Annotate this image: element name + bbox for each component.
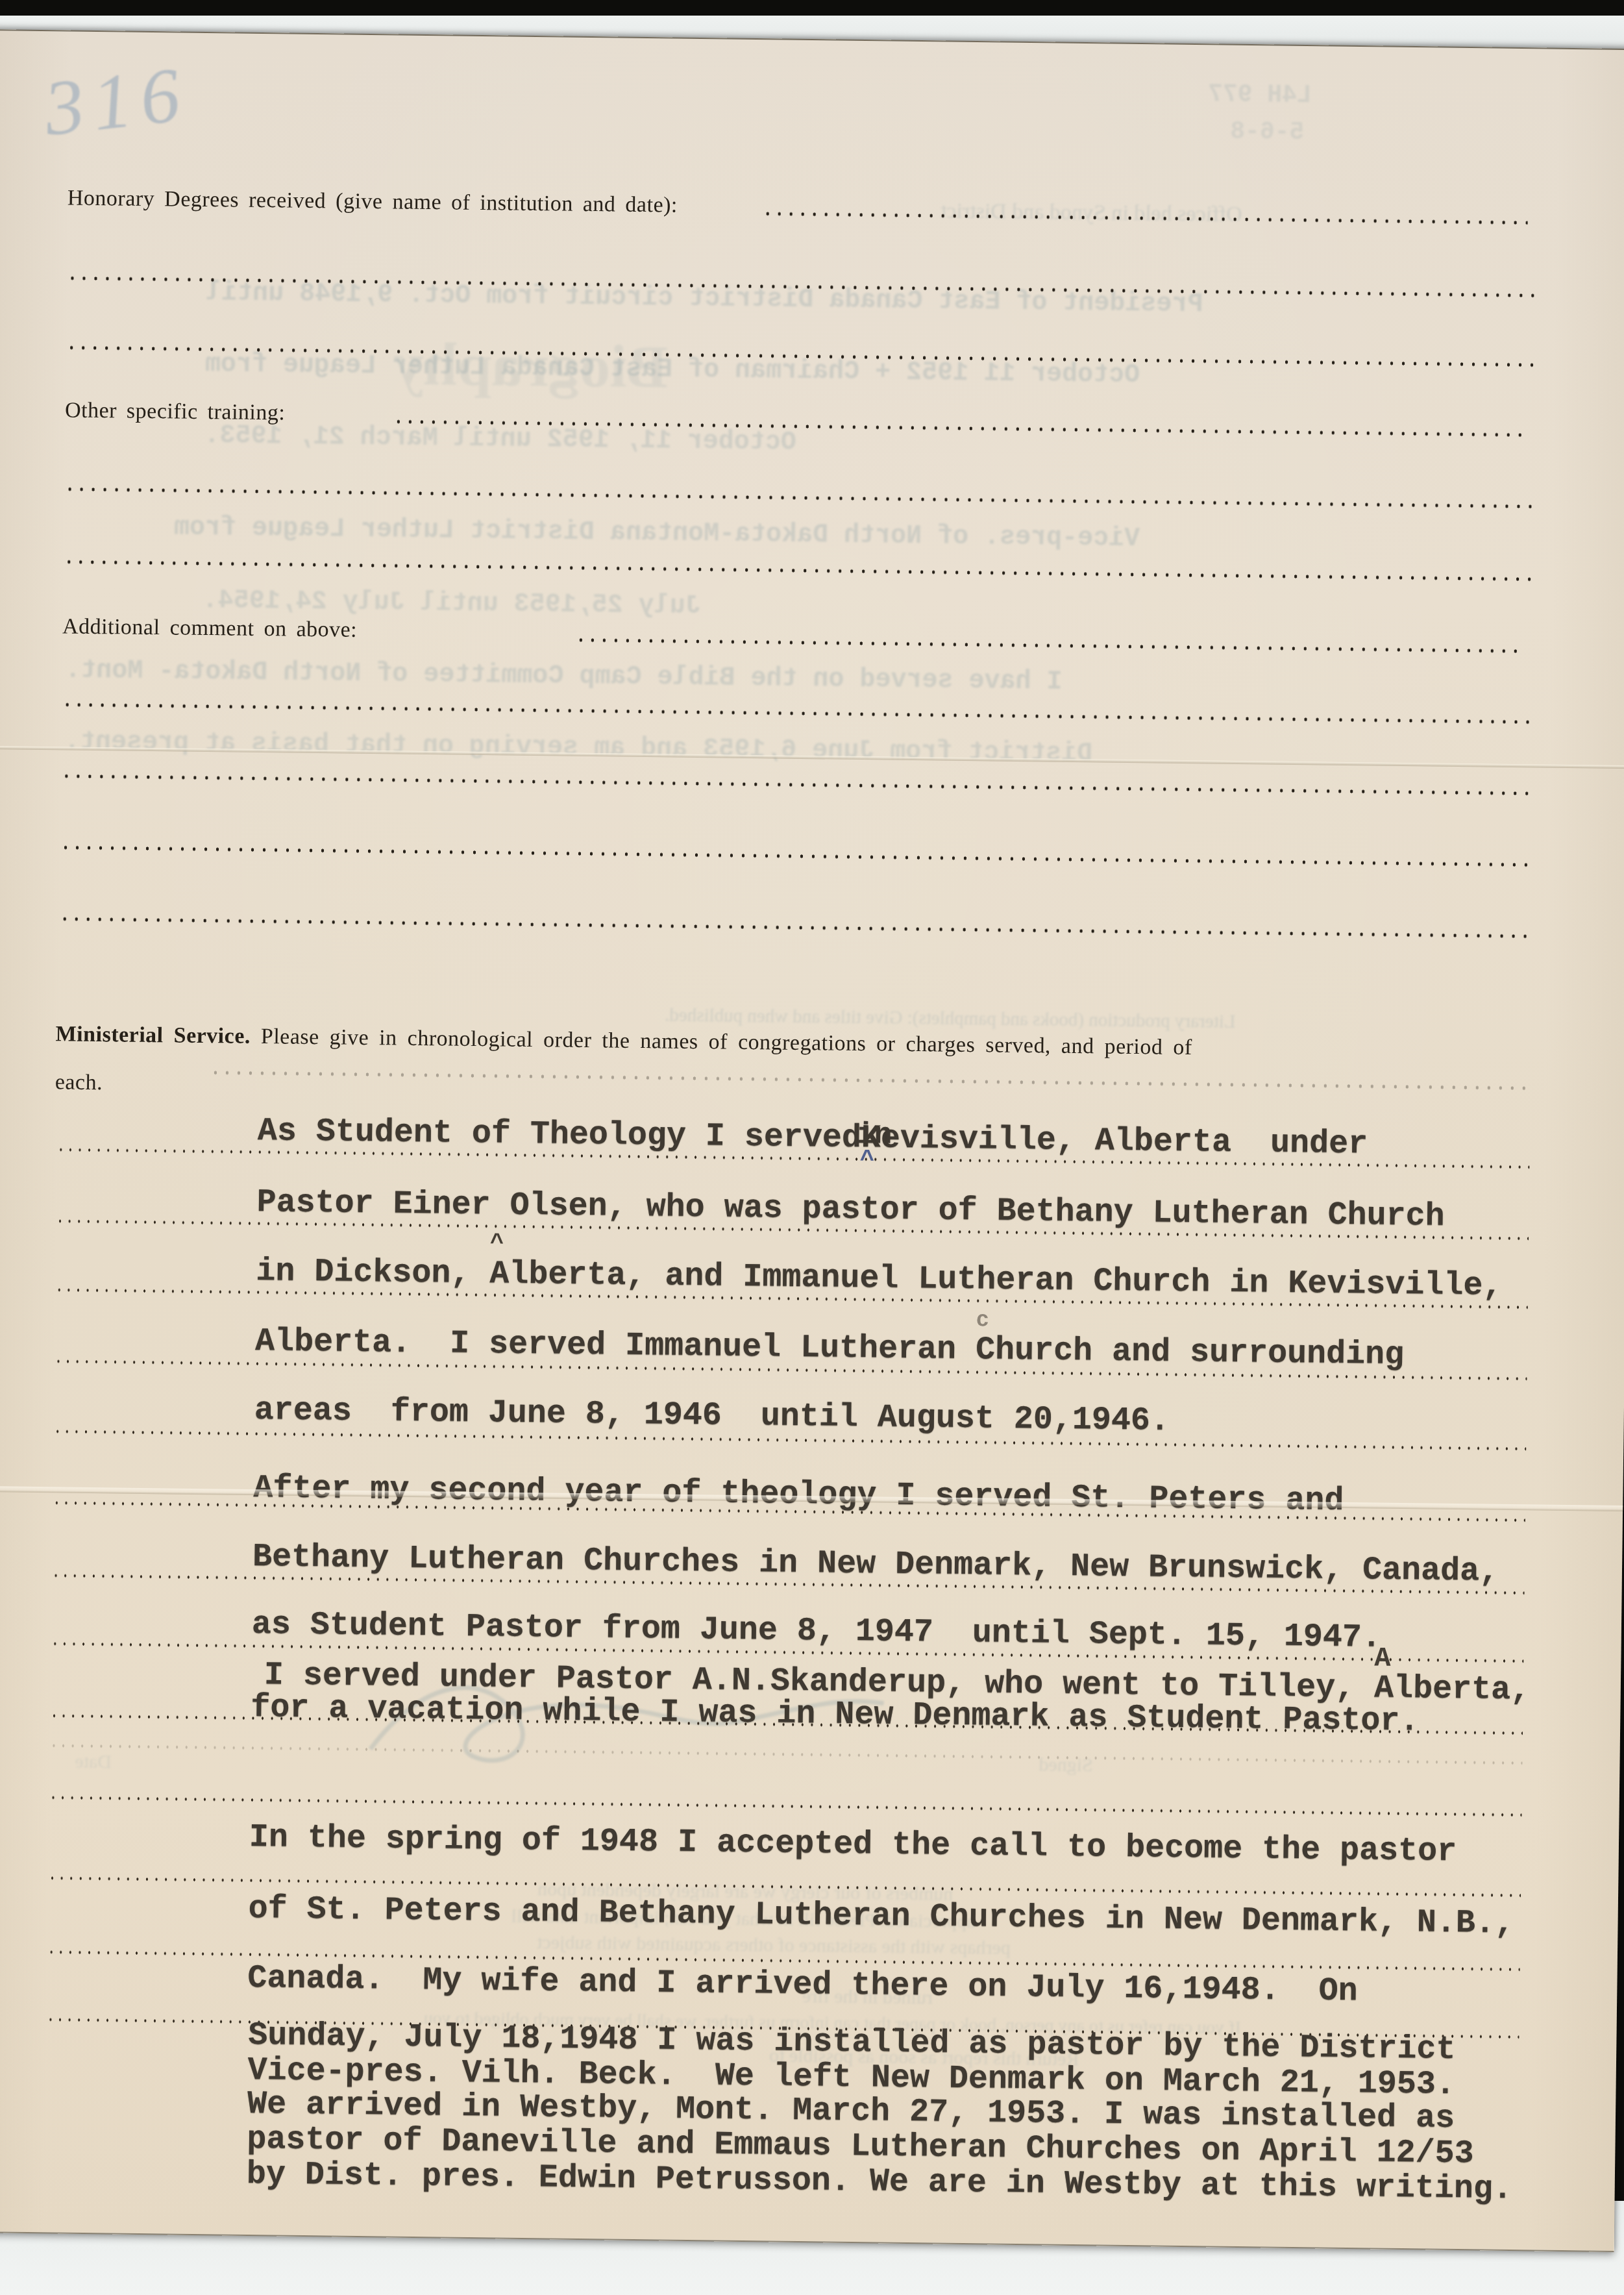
form-page: 316 L4H 977 5-6-8 Offices held in Synod …	[0, 29, 1624, 2252]
typed-overstrike-mark: ^	[490, 1230, 504, 1256]
honorary-degrees-row: Honorary Degrees received (give name of …	[68, 186, 1528, 228]
additional-comment-label: Additional comment on above:	[62, 614, 575, 645]
ministerial-service-instructions: each.	[55, 1070, 103, 1095]
typed-line: of St. Peters and Bethany Lutheran Churc…	[248, 1891, 1514, 1942]
ministerial-service-instructions: Please give in chronological order the n…	[261, 1024, 1192, 1060]
typed-text: As Student of Theology I served	[258, 1113, 862, 1157]
dotted-answer-line	[575, 637, 1523, 654]
bleedthrough-text: I have served on the Bible Camp Committe…	[65, 656, 1063, 697]
bleedthrough-handwriting: L4H 977	[1208, 81, 1312, 110]
bleedthrough-text: Vice-pres. of North Dakota-Montana Distr…	[174, 513, 1140, 554]
insertion-caret-mark: ^	[859, 1147, 874, 1174]
dotted-answer-line	[64, 486, 1534, 510]
dotted-answer-line	[62, 701, 1532, 725]
dotted-answer-line	[63, 558, 1533, 582]
honorary-degrees-label: Honorary Degrees received (give name of …	[68, 186, 762, 219]
typed-overstrike-mark: c	[976, 1308, 989, 1333]
handwritten-page-number: 316	[40, 49, 193, 155]
bleedthrough-text: Date	[75, 1751, 112, 1774]
dotted-answer-line	[60, 773, 1531, 797]
ministerial-service-label: Ministerial Service.	[55, 1022, 251, 1048]
dotted-answer-line	[49, 1794, 1522, 1818]
bleedthrough-handwriting: 5-6-8	[1230, 118, 1305, 147]
bleedthrough-text: July 25,1953 until July 24,1954.	[202, 586, 701, 621]
other-training-label: Other specific training:	[65, 398, 393, 427]
typed-text: Kevisville, Alberta under	[861, 1120, 1368, 1163]
dotted-answer-line	[60, 844, 1530, 868]
scanned-document: 316 L4H 977 5-6-8 Offices held in Synod …	[0, 0, 1624, 2295]
ministerial-service-section-heading: Ministerial Service. Please give in chro…	[55, 1010, 1529, 1124]
typed-line: In the spring of 1948 I accepted the cal…	[249, 1819, 1457, 1870]
bleedthrough-text: perhaps with the assistance of others ac…	[537, 1931, 1011, 1959]
typed-overstrike-mark: A	[1374, 1643, 1391, 1674]
dotted-answer-line	[59, 915, 1529, 939]
additional-comment-row: Additional comment on above:	[62, 614, 1523, 656]
